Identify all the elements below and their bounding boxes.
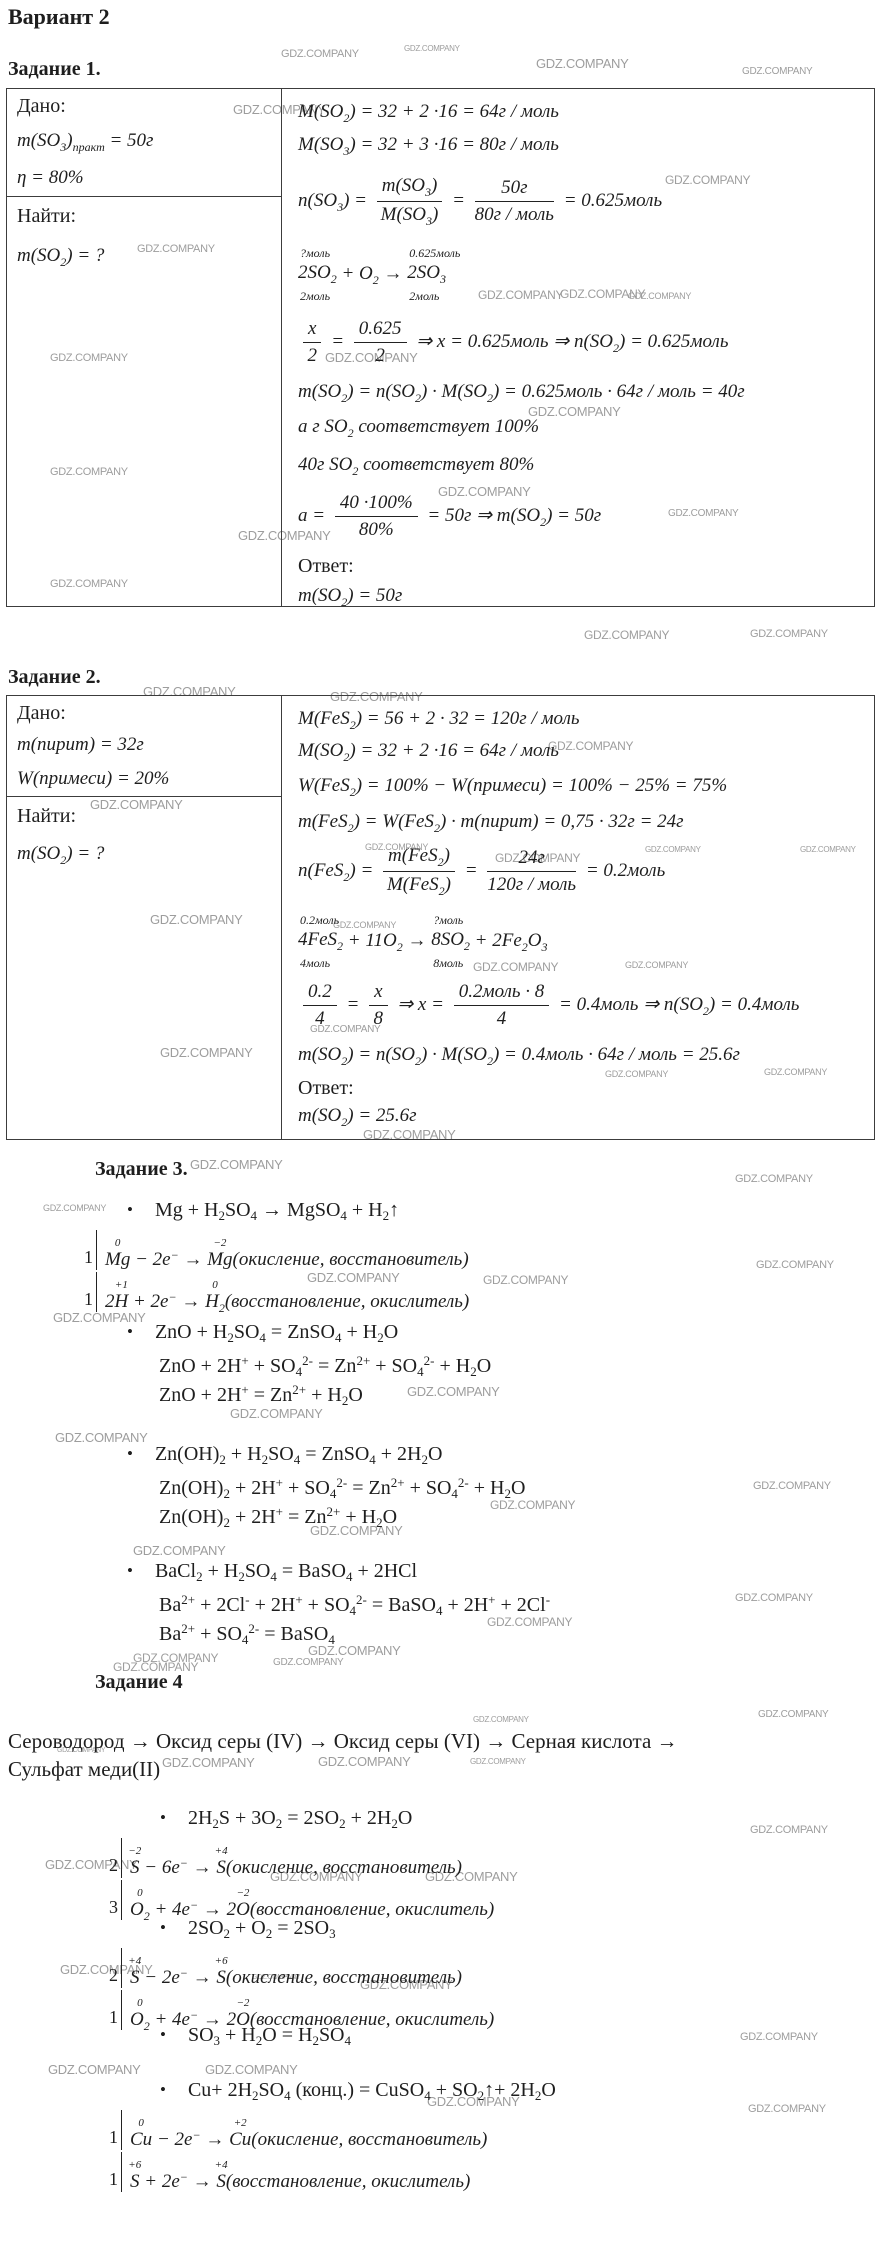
- watermark: GDZ.COMPANY: [756, 1259, 834, 1271]
- subscript: 3: [329, 1926, 336, 1941]
- subscript: 2: [350, 718, 356, 732]
- oxidation-state: +6S: [130, 2170, 140, 2194]
- subscript: 2: [470, 1364, 477, 1379]
- watermark: GDZ.COMPANY: [735, 1592, 813, 1604]
- subscript: 4: [294, 1452, 301, 1467]
- task4-chain: Сероводород → Оксид серы (IV) → Оксид се…: [8, 1727, 876, 1783]
- fraction: 40 ·100%80%: [335, 491, 418, 542]
- subscript: практ: [73, 140, 105, 154]
- subscript: 2: [415, 1054, 421, 1068]
- task2-solution-cell: M(FeS2) = 56 + 2 · 32 = 120г / мольM(SO2…: [281, 696, 874, 1139]
- supscript: +: [276, 1504, 283, 1519]
- bullet-icon: •: [160, 2076, 166, 2104]
- subscript: 2: [350, 785, 356, 799]
- watermark: GDZ.COMPANY: [584, 628, 669, 642]
- task4-group-h2s: •2H2S + 3O2 = 2SO2 + 2H2O2−2S − 6e− → +4…: [160, 1804, 494, 1920]
- given-label: Дано:: [17, 698, 275, 728]
- subscript: 2: [535, 2088, 542, 2103]
- find-label: Найти:: [17, 801, 275, 831]
- subscript: 2: [613, 341, 619, 355]
- subscript: 2: [703, 1004, 709, 1018]
- subscript: 2: [276, 1816, 283, 1831]
- subscript: 2: [219, 1452, 226, 1467]
- supscript: −: [192, 2128, 200, 2142]
- supscript: −: [180, 1966, 188, 1980]
- subscript: 3: [343, 144, 349, 158]
- subscript: 2: [505, 1486, 512, 1501]
- supscript: -: [245, 1592, 249, 1607]
- task3-group-mg: •Mg + H2SO4 → MgSO4 + H2↑10Mg − 2e− → −2…: [127, 1196, 469, 1312]
- subscript: 2: [397, 940, 403, 954]
- formula-line: 0.24 = x8 ⇒ x = 0.2моль · 84 = 0.4моль ⇒…: [298, 974, 874, 1036]
- subscript: 2: [256, 2033, 263, 2048]
- task1-given-lines: m(SO3)практ = 50гη = 80%: [17, 123, 275, 197]
- oxidation-state: +2Cu: [229, 2128, 251, 2152]
- formula-line: M(SO2) = 32 + 2 ·16 = 64г / моль: [298, 734, 874, 768]
- watermark: GDZ.COMPANY: [740, 2031, 818, 2043]
- subscript: 3: [214, 2033, 221, 2048]
- subscript: 2: [352, 464, 358, 478]
- subscript: 2: [343, 750, 349, 764]
- mole-labels: ?моль8SO28моль: [431, 929, 470, 953]
- subscript: 2: [212, 1816, 219, 1831]
- half-reaction-row: 10Mg − 2e− → −2Mg(окисление, восстановит…: [75, 1230, 469, 1270]
- supscript: 2-: [424, 1353, 435, 1368]
- subscript: 3: [337, 200, 343, 214]
- subscript: 3: [542, 940, 548, 954]
- watermark: GDZ.COMPANY: [758, 1709, 828, 1720]
- oxidation-state: 0Cu: [130, 2128, 152, 2152]
- task4-heading: Задание 4: [95, 1671, 183, 1694]
- bullet-icon: •: [160, 2021, 166, 2049]
- supscript: −: [171, 1248, 179, 1262]
- supscript: +: [488, 1592, 495, 1607]
- formula-line: x2 = 0.6252 ⇒ x = 0.625моль ⇒ n(SO2) = 0…: [298, 311, 874, 373]
- half-reaction-row: 2+4S − 2e− → +6S(окисление, восстановите…: [100, 1948, 494, 1988]
- half-reaction: +6S + 2e− → +4S(восстановление, окислите…: [121, 2152, 470, 2192]
- oxidation-state: 0Mg: [105, 1248, 130, 1272]
- formula-line: η = 80%: [17, 159, 275, 197]
- oxidation-state: +4S: [130, 1966, 140, 1990]
- subscript: 2: [415, 391, 421, 405]
- task1-given-block: Дано: m(SO3)практ = 50гη = 80%: [7, 89, 281, 196]
- subscript: 2: [266, 1926, 273, 1941]
- subscript: 2: [196, 1569, 203, 1584]
- supscript: 2+: [391, 1475, 405, 1490]
- half-reaction-pair: 2+4S − 2e− → +6S(окисление, восстановите…: [100, 1948, 494, 2030]
- subscript: 2: [337, 939, 343, 953]
- formula-line: M(FeS2) = 56 + 2 · 32 = 120г / моль: [298, 704, 874, 734]
- ionic-equation-line: ZnO + 2H+ + SO42- = Zn2+ + SO42- + H2O: [127, 1346, 491, 1375]
- formula-line: n(SO3) = m(SO3)M(SO3) = 50г80г / моль = …: [298, 169, 874, 233]
- subscript: 2: [144, 2019, 150, 2033]
- supscript: 2-: [356, 1592, 367, 1607]
- watermark: GDZ.COMPANY: [483, 1273, 568, 1287]
- subscript: 4: [424, 2088, 431, 2103]
- half-reaction: 2+1H + 2e− → 0H2(восстановление, окислит…: [96, 1272, 469, 1312]
- bullet-icon: •: [127, 1557, 133, 1585]
- supscript: −: [190, 1898, 198, 1912]
- subscript: 4: [369, 1452, 376, 1467]
- subscript: 2: [434, 821, 440, 835]
- watermark: GDZ.COMPANY: [190, 1157, 283, 1172]
- watermark: GDZ.COMPANY: [404, 44, 460, 53]
- bullet-icon: •: [127, 1318, 133, 1346]
- subscript: 2: [343, 870, 349, 884]
- subscript: 2: [60, 255, 66, 269]
- subscript: 2: [218, 1208, 225, 1223]
- formula-line: m(SO2) = n(SO2) · M(SO2) = 0.625моль · 6…: [298, 375, 874, 409]
- chemical-equation: •SO3 + H2O = H2SO4: [160, 2021, 351, 2049]
- half-reaction-row: 10Cu − 2e− → +2Cu(окисление, восстановит…: [100, 2110, 556, 2150]
- subscript: 4: [345, 2033, 352, 2048]
- formula-line: m(SO2) = n(SO2) · M(SO2) = 0.4моль · 64г…: [298, 1038, 874, 1072]
- subscript: 2: [464, 939, 470, 953]
- formula-line: M(SO2) = 32 + 2 ·16 = 64г / моль: [298, 97, 874, 127]
- balance-coefficient: 1: [75, 1286, 93, 1312]
- subscript: 2: [312, 2033, 319, 2048]
- task2-find-block: Найти: m(SO2) = ?: [7, 796, 281, 873]
- subscript: 2: [487, 1054, 493, 1068]
- supscript: -: [546, 1592, 550, 1607]
- task4-group-so2: •2SO2 + O2 = 2SO32+4S − 2e− → +6S(окисле…: [160, 1914, 494, 2030]
- formula-line: а г SO2 соответствует 100%: [298, 409, 874, 445]
- fraction: x8: [369, 980, 387, 1031]
- chain-line-2: Сульфат меди(II): [8, 1755, 876, 1783]
- subscript: 2: [341, 1115, 347, 1129]
- oxidation-state: +6S: [216, 1966, 226, 1990]
- subscript: 4: [335, 1330, 342, 1345]
- supscript: 2-: [458, 1475, 469, 1490]
- watermark: GDZ.COMPANY: [133, 1543, 226, 1558]
- half-reaction: +4S − 2e− → +6S(окисление, восстановител…: [121, 1948, 462, 1988]
- watermark: GDZ.COMPANY: [230, 1406, 323, 1421]
- subscript: 2: [422, 1452, 429, 1467]
- subscript: 2: [348, 426, 354, 440]
- formula-line: m(SO2) = ?: [17, 835, 275, 873]
- watermark: GDZ.COMPANY: [753, 1480, 831, 1492]
- formula-line: 0.2моль4FeS24моль + 11O2 → ?моль8SO28мол…: [298, 910, 874, 972]
- fraction: 0.24: [303, 980, 337, 1031]
- task4-group-cu: •Cu+ 2H2SO4 (конц.) = CuSO4 + SO2↑+ 2H2O…: [160, 2076, 556, 2192]
- bullet-icon: •: [127, 1440, 133, 1468]
- supscript: −: [180, 1856, 188, 1870]
- oxidation-state: 0H2: [205, 1290, 225, 1320]
- subscript: 3: [426, 214, 432, 228]
- balance-coefficient: 2: [100, 1962, 118, 1988]
- supscript: −: [169, 1290, 177, 1304]
- subscript: 2: [224, 1926, 231, 1941]
- fraction: 50г80г / моль: [475, 176, 554, 227]
- half-reaction-row: 2−2S − 6e− → +4S(окисление, восстановите…: [100, 1838, 494, 1878]
- chemical-equation: •2SO2 + O2 = 2SO3: [160, 1914, 494, 1942]
- watermark: GDZ.COMPANY: [750, 1824, 828, 1836]
- watermark: GDZ.COMPANY: [748, 2103, 826, 2115]
- oxidation-state: +4S: [216, 1856, 226, 1880]
- task1-left-cell: Дано: m(SO3)практ = 50гη = 80% Найти: m(…: [7, 89, 281, 606]
- chain-line-1: Сероводород → Оксид серы (IV) → Оксид се…: [8, 1727, 876, 1755]
- task3-group-bacl2: •BaCl2 + H2SO4 = BaSO4 + 2HClBa2+ + 2Cl-…: [127, 1557, 550, 1643]
- subscript: 2: [252, 2088, 259, 2103]
- task2-find-lines: m(SO2) = ?: [17, 835, 275, 873]
- task1-solution-cell: M(SO2) = 32 + 2 ·16 = 64г / мольM(SO3) =…: [281, 89, 874, 606]
- half-reaction-pair: 10Mg − 2e− → −2Mg(окисление, восстановит…: [75, 1230, 469, 1312]
- subscript: 2: [223, 1515, 230, 1530]
- balance-coefficient: 1: [100, 2166, 118, 2192]
- task3-group-znoh2: •Zn(OH)2 + H2SO4 = ZnSO4 + 2H2OZn(OH)2 +…: [127, 1440, 525, 1526]
- subscript: 2: [348, 821, 354, 835]
- formula-line: W(FeS2) = 100% − W(примеси) = 100% − 25%…: [298, 768, 874, 804]
- watermark: GDZ.COMPANY: [735, 1173, 813, 1185]
- supscript: +: [241, 1382, 248, 1397]
- task4-group-so3: •SO3 + H2O = H2SO4: [160, 2021, 351, 2049]
- subscript: 2: [439, 884, 445, 898]
- mole-labels: 0.2моль4FeS24моль: [298, 929, 343, 953]
- task2-solution-lines: M(FeS2) = 56 + 2 · 32 = 120г / мольM(SO2…: [298, 704, 874, 1130]
- formula-line: 40г SO2 соответствует 80%: [298, 445, 874, 485]
- fraction: m(SO3)M(SO3): [377, 174, 443, 229]
- ionic-equation-line: ZnO + 2H+ = Zn2+ + H2O: [127, 1375, 491, 1404]
- supscript: +: [276, 1475, 283, 1490]
- subscript: 4: [251, 1208, 258, 1223]
- half-reaction: 0Mg − 2e− → −2Mg(окисление, восстановите…: [96, 1230, 469, 1270]
- formula-line: n(FeS2) = m(FeS2)M(FeS2) = 24г120г / мол…: [298, 840, 874, 902]
- oxidation-state: +1H: [115, 1290, 129, 1314]
- subscript: 4: [340, 1208, 347, 1223]
- formula-line: ?моль2SO22моль + O2 → 0.625моль2SO32моль: [298, 243, 874, 305]
- ionic-equation-line: Ba2+ + 2Cl- + 2H+ + SO42- = BaSO4 + 2H+ …: [127, 1585, 550, 1614]
- subscript: 2: [341, 391, 347, 405]
- subscript: 4: [270, 1569, 277, 1584]
- watermark: GDZ.COMPANY: [43, 1203, 106, 1213]
- chemical-equation: •Zn(OH)2 + H2SO4 = ZnSO4 + 2H2O: [127, 1440, 525, 1468]
- subscript: 4: [436, 1603, 443, 1618]
- watermark: GDZ.COMPANY: [281, 48, 359, 60]
- subscript: 2: [262, 1452, 269, 1467]
- fraction: 0.2моль · 84: [454, 980, 550, 1031]
- watermark: GDZ.COMPANY: [273, 1657, 343, 1668]
- watermark: GDZ.COMPANY: [473, 1715, 529, 1724]
- ionic-equation-line: Ba2+ + SO42- = BaSO4: [127, 1614, 550, 1643]
- chemical-equation: •Cu+ 2H2SO4 (конц.) = CuSO4 + SO2↑+ 2H2O: [160, 2076, 556, 2104]
- supscript: 2+: [181, 1621, 195, 1636]
- balance-coefficient: 1: [100, 2004, 118, 2030]
- supscript: −: [180, 2170, 188, 2184]
- formula-line: W(примеси) = 20%: [17, 762, 275, 796]
- ionic-equation-line: Zn(OH)2 + 2H+ + SO42- = Zn2+ + SO42- + H…: [127, 1468, 525, 1497]
- half-reaction: 0Cu − 2e− → +2Cu(окисление, восстановите…: [121, 2110, 487, 2150]
- bullet-icon: •: [160, 1804, 166, 1832]
- half-reaction-pair: 2−2S − 6e− → +4S(окисление, восстановите…: [100, 1838, 494, 1920]
- mole-labels: ?моль2SO22моль: [298, 262, 337, 286]
- task2-given-block: Дано: m(пирит) = 32гW(примеси) = 20%: [7, 696, 281, 796]
- subscript: 2: [343, 111, 349, 125]
- fraction: 24г120г / моль: [487, 846, 576, 897]
- supscript: +: [295, 1592, 302, 1607]
- balance-coefficient: 1: [100, 2124, 118, 2150]
- subscript: 2: [339, 1816, 346, 1831]
- supscript: 2+: [181, 1592, 195, 1607]
- oxidation-state: −2Mg: [207, 1248, 232, 1272]
- find-label: Найти:: [17, 201, 275, 231]
- task1-table: Дано: m(SO3)практ = 50гη = 80% Найти: m(…: [6, 88, 875, 607]
- watermark: GDZ.COMPANY: [536, 56, 629, 71]
- subscript: 2: [227, 1330, 234, 1345]
- oxidation-state: 0O2: [130, 1898, 150, 1928]
- subscript: 3: [425, 185, 431, 199]
- chemical-equation: •2H2S + 3O2 = 2SO2 + 2H2O: [160, 1804, 494, 1832]
- task1-solution-lines: M(SO2) = 32 + 2 ·16 = 64г / мольM(SO3) =…: [298, 97, 874, 611]
- subscript: 2: [391, 1816, 398, 1831]
- task3-heading: Задание 3.: [95, 1158, 188, 1181]
- subscript: 4: [259, 1330, 266, 1345]
- subscript: 3: [60, 140, 66, 154]
- subscript: 2: [238, 1569, 245, 1584]
- subscript: 2: [60, 853, 66, 867]
- subscript: 2: [376, 1515, 383, 1530]
- task1-find-block: Найти: m(SO2) = ?: [7, 196, 281, 277]
- supscript: 2+: [356, 1353, 370, 1368]
- watermark: GDZ.COMPANY: [742, 66, 812, 77]
- oxidation-state: +4S: [216, 2170, 226, 2194]
- formula-line: m(SO2) = 50г: [298, 581, 874, 611]
- subscript: 4: [328, 1632, 335, 1647]
- watermark: GDZ.COMPANY: [205, 2062, 298, 2077]
- chemical-equation: •BaCl2 + H2SO4 = BaSO4 + 2HCl: [127, 1557, 550, 1585]
- subscript: 3: [440, 272, 446, 286]
- formula-line: a = 40 ·100%80% = 50г ⇒ m(SO2) = 50г: [298, 485, 874, 547]
- chemical-equation: •Mg + H2SO4 → MgSO4 + H2↑: [127, 1196, 469, 1224]
- subscript: 2: [373, 273, 379, 287]
- half-reaction-row: 1+6S + 2e− → +4S(восстановление, окислит…: [100, 2152, 556, 2192]
- oxidation-state: −2S: [130, 1856, 140, 1880]
- oxidation-state: 0O2: [130, 2008, 150, 2038]
- supscript: 2-: [302, 1353, 313, 1368]
- supscript: 2+: [292, 1382, 306, 1397]
- half-reaction-row: 12+1H + 2e− → 0H2(восстановление, окисли…: [75, 1272, 469, 1312]
- formula-line: m(FeS2) = W(FeS2) · m(пирит) = 0,75 · 32…: [298, 804, 874, 840]
- subscript: 4: [284, 2088, 291, 2103]
- task1-heading: Задание 1.: [8, 58, 101, 81]
- subscript: 2: [487, 391, 493, 405]
- supscript: +: [241, 1353, 248, 1368]
- fraction: x2: [303, 317, 321, 368]
- formula-line: M(SO3) = 32 + 3 ·16 = 80г / моль: [298, 127, 874, 163]
- task2-table: Дано: m(пирит) = 32гW(примеси) = 20% Най…: [6, 695, 875, 1140]
- task3-group-zno: •ZnO + H2SO4 = ZnSO4 + H2OZnO + 2H+ + SO…: [127, 1318, 491, 1404]
- subscript: 2: [331, 272, 337, 286]
- formula-line: m(SO2) = ?: [17, 235, 275, 277]
- subscript: 2: [522, 940, 528, 954]
- supscript: 2+: [327, 1504, 341, 1519]
- half-reaction: −2S − 6e− → +4S(окисление, восстановител…: [121, 1838, 462, 1878]
- bullet-icon: •: [160, 1914, 166, 1942]
- subscript: 2: [540, 515, 546, 529]
- balance-coefficient: 1: [75, 1244, 93, 1270]
- bullet-icon: •: [127, 1196, 133, 1224]
- watermark: GDZ.COMPANY: [750, 628, 828, 640]
- document-page: GDZ.COMPANYGDZ.COMPANYGDZ.COMPANYGDZ.COM…: [0, 0, 881, 2260]
- subscript: 2: [383, 1208, 390, 1223]
- given-label: Дано:: [17, 91, 275, 121]
- task2-left-cell: Дано: m(пирит) = 32гW(примеси) = 20% Най…: [7, 696, 281, 1139]
- subscript: 2: [478, 2088, 485, 2103]
- formula-line: m(SO3)практ = 50г: [17, 123, 275, 159]
- subscript: 2: [341, 595, 347, 609]
- fraction: 0.6252: [354, 317, 407, 368]
- task2-heading: Задание 2.: [8, 666, 101, 689]
- watermark: GDZ.COMPANY: [48, 2062, 141, 2077]
- fraction: m(FeS2)M(FeS2): [383, 844, 455, 899]
- formula-line: Ответ:: [298, 1074, 874, 1102]
- subscript: 2: [377, 1330, 384, 1345]
- page-title: Вариант 2: [8, 4, 110, 30]
- task1-find-lines: m(SO2) = ?: [17, 235, 275, 277]
- balance-coefficient: 2: [100, 1852, 118, 1878]
- balance-coefficient: 3: [100, 1894, 118, 1920]
- ionic-equation-line: Zn(OH)2 + 2H+ = Zn2+ + H2O: [127, 1497, 525, 1526]
- subscript: 2: [438, 855, 444, 869]
- watermark: GDZ.COMPANY: [308, 1643, 401, 1658]
- supscript: 2-: [248, 1621, 259, 1636]
- mole-labels: 0.625моль2SO32моль: [407, 262, 446, 286]
- half-reaction-pair: 10Cu − 2e− → +2Cu(окисление, восстановит…: [100, 2110, 556, 2192]
- subscript: 2: [219, 1301, 225, 1315]
- formula-line: m(пирит) = 32г: [17, 728, 275, 762]
- subscript: 2: [342, 1393, 349, 1408]
- formula-line: m(SO2) = 25.6г: [298, 1102, 874, 1130]
- supscript: 2-: [336, 1475, 347, 1490]
- subscript: 2: [341, 1054, 347, 1068]
- subscript: 2: [144, 1909, 150, 1923]
- supscript: −: [190, 2008, 198, 2022]
- formula-line: Ответ:: [298, 551, 874, 581]
- subscript: 4: [346, 1569, 353, 1584]
- chemical-equation: •ZnO + H2SO4 = ZnSO4 + H2O: [127, 1318, 491, 1346]
- task2-given-lines: m(пирит) = 32гW(примеси) = 20%: [17, 728, 275, 796]
